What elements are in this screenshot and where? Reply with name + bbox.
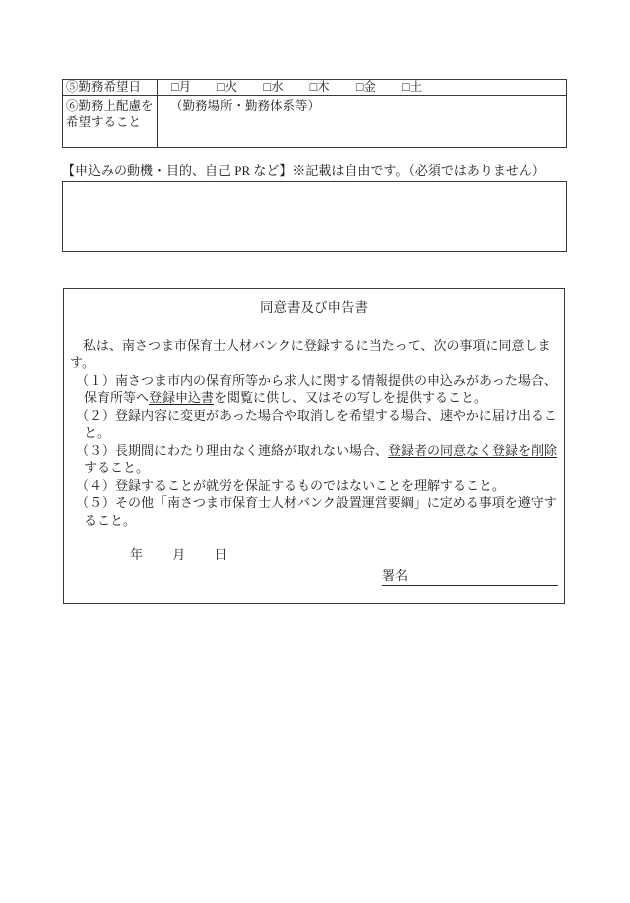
consent-declaration-box: 同意書及び申告書 私は、南さつま市保育士人材バンクに登録するに当たって、次の事項… bbox=[63, 288, 565, 604]
pr-freetext-area[interactable] bbox=[62, 181, 567, 252]
workday-checkbox-sat[interactable]: □土 bbox=[402, 80, 422, 95]
consent-item: （３）長期間にわたり理由なく連絡が取れない場合、登録者の同意なく登録を削除するこ… bbox=[70, 442, 558, 477]
date-fill-in-row[interactable]: 年 月 日 bbox=[70, 546, 558, 564]
workday-label: 水 bbox=[271, 80, 284, 94]
workday-label: 木 bbox=[317, 80, 330, 94]
considerations-note: （勤務場所・勤務体系等） bbox=[170, 99, 320, 113]
item-text: （２）登録内容に変更があった場合や取消しを希望する場合、速やかに届け出ること。 bbox=[76, 408, 557, 441]
consent-item: （４）登録することが就労を保証するものではないことを理解すること。 bbox=[70, 477, 558, 495]
consent-intro: 私は、南さつま市保育士人材バンクに登録するに当たって、次の事項に同意します。 bbox=[70, 337, 558, 372]
date-year-label: 年 bbox=[130, 546, 143, 564]
workday-label: 土 bbox=[410, 80, 423, 94]
workday-label: 金 bbox=[363, 80, 376, 94]
workdays-label: ⑤勤務希望日 bbox=[63, 80, 158, 95]
item-text: すること。 bbox=[84, 460, 149, 475]
considerations-input-area[interactable]: （勤務場所・勤務体系等） bbox=[158, 96, 566, 147]
consent-item: （５）その他「南さつま市保育士人材バンク設置運営要綱」に定める事項を遵守すること… bbox=[70, 494, 558, 529]
workday-checkbox-tue[interactable]: □火 bbox=[217, 80, 237, 95]
pr-section-heading: 【申込みの動機・目的、自己 PR など】※記載は自由です。（必須ではありません） bbox=[62, 162, 545, 179]
work-preference-table: ⑤勤務希望日 □月 □火 □水 □木 □金 □土 ⑥勤務上配慮を 希望すること … bbox=[62, 79, 567, 148]
date-month-label: 月 bbox=[172, 546, 185, 564]
item-text: （３）長期間にわたり理由なく連絡が取れない場合、 bbox=[76, 443, 388, 458]
workday-checkbox-fri[interactable]: □金 bbox=[356, 80, 376, 95]
checkbox-icon: □ bbox=[171, 80, 179, 94]
workday-checkbox-thu[interactable]: □木 bbox=[310, 80, 330, 95]
item-text: を閲覧に供し、又はその写しを提供すること。 bbox=[214, 390, 487, 405]
workday-label: 月 bbox=[179, 80, 192, 94]
signature-fill-in-line[interactable]: 署名 bbox=[382, 567, 558, 587]
underlined-text: 登録申込書 bbox=[149, 390, 214, 405]
consent-title: 同意書及び申告書 bbox=[70, 299, 558, 317]
table-row-workdays: ⑤勤務希望日 □月 □火 □水 □木 □金 □土 bbox=[63, 80, 566, 96]
considerations-label-line1: ⑥勤務上配慮を bbox=[66, 98, 154, 114]
workday-checkbox-mon[interactable]: □月 bbox=[171, 80, 191, 95]
workdays-checkbox-cell: □月 □火 □水 □木 □金 □土 bbox=[158, 80, 566, 95]
item-text: （５）その他「南さつま市保育士人材バンク設置運営要綱」に定める事項を遵守すること… bbox=[76, 495, 557, 528]
workday-checkbox-wed[interactable]: □水 bbox=[263, 80, 283, 95]
checkbox-icon: □ bbox=[217, 80, 225, 94]
document-page: ⑤勤務希望日 □月 □火 □水 □木 □金 □土 ⑥勤務上配慮を 希望すること … bbox=[0, 0, 630, 903]
considerations-label-line2: 希望すること bbox=[66, 114, 154, 130]
item-text: （４）登録することが就労を保証するものではないことを理解すること。 bbox=[76, 478, 505, 493]
table-row-considerations: ⑥勤務上配慮を 希望すること （勤務場所・勤務体系等） bbox=[63, 96, 566, 147]
underlined-text: 登録者の同意なく登録を削除 bbox=[388, 443, 557, 458]
workday-label: 火 bbox=[225, 80, 238, 94]
date-day-label: 日 bbox=[215, 546, 228, 564]
consent-item: （２）登録内容に変更があった場合や取消しを希望する場合、速やかに届け出ること。 bbox=[70, 407, 558, 442]
checkbox-icon: □ bbox=[402, 80, 410, 94]
checkbox-icon: □ bbox=[263, 80, 271, 94]
considerations-label: ⑥勤務上配慮を 希望すること bbox=[63, 96, 158, 147]
consent-item: （１）南さつま市内の保育所等から求人に関する情報提供の申込みがあった場合、保育所… bbox=[70, 372, 558, 407]
consent-items: （１）南さつま市内の保育所等から求人に関する情報提供の申込みがあった場合、保育所… bbox=[70, 372, 558, 530]
signature-row: 署名 bbox=[70, 567, 558, 587]
signature-label: 署名 bbox=[382, 568, 408, 583]
